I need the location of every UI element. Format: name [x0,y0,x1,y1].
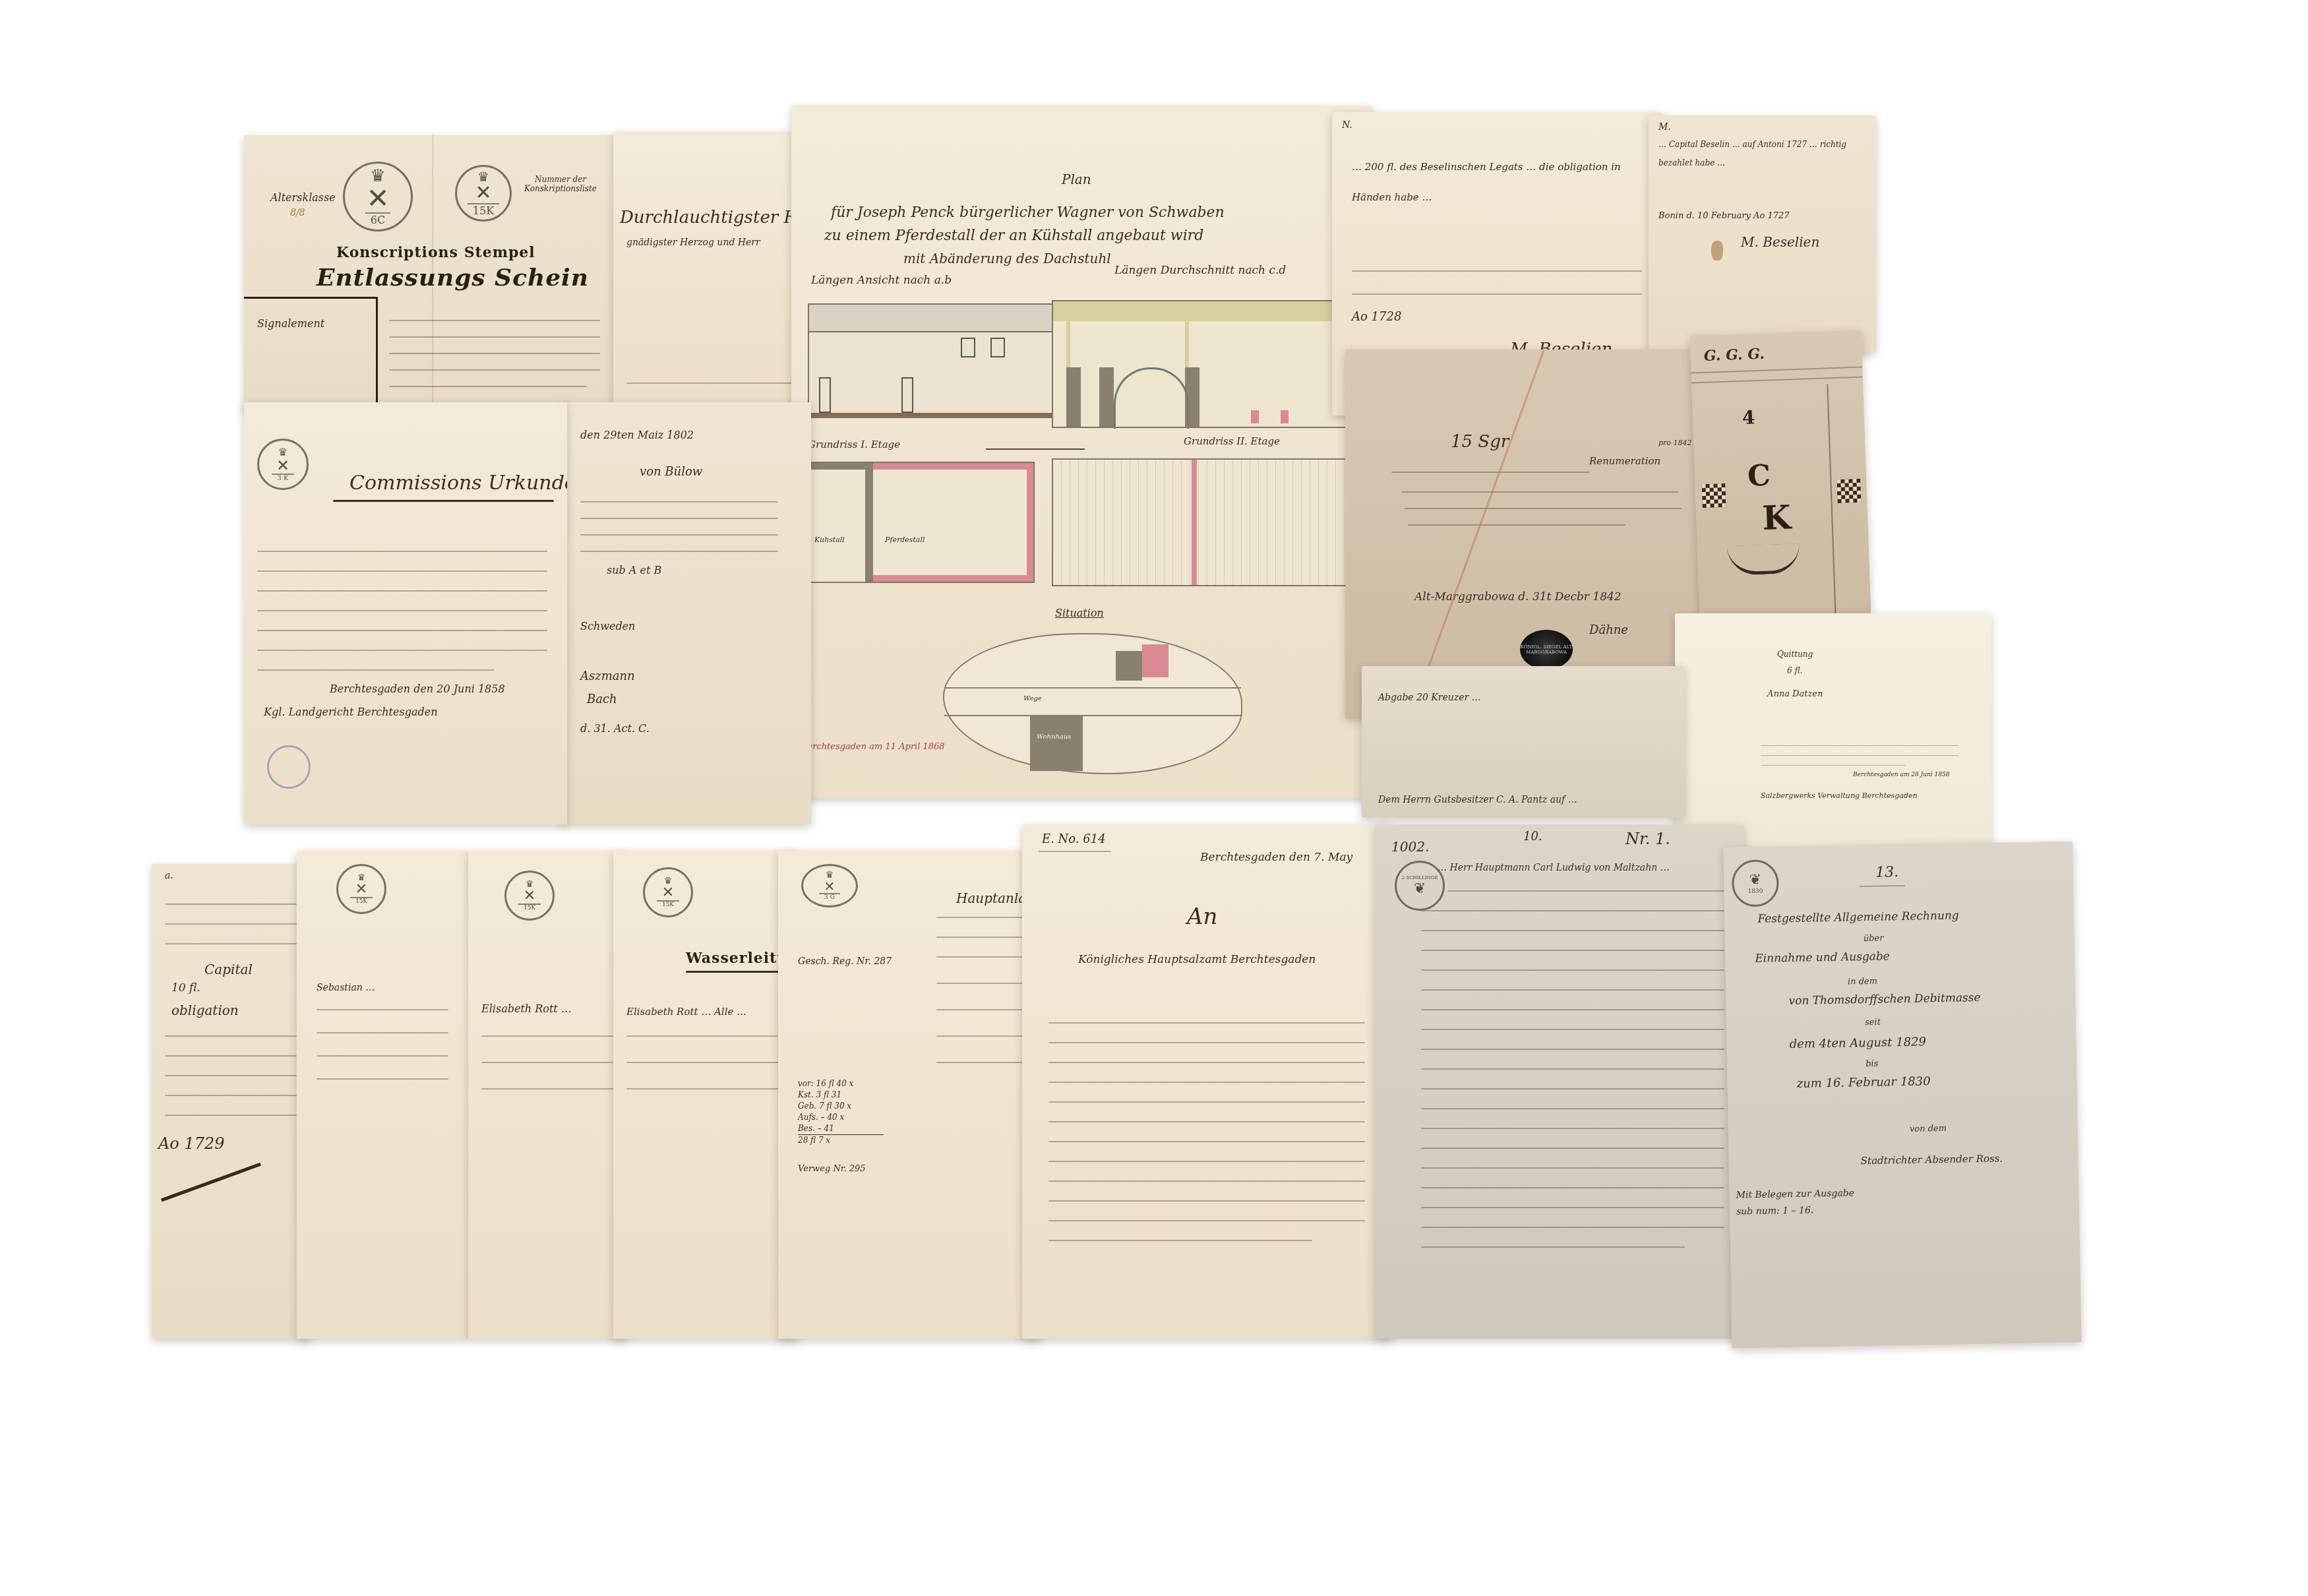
envelope-addressee: Dem Herrn Gutsbesitzer C. A. Pantz auf … [1378,795,1577,805]
elevation-drawing [808,303,1054,418]
footer-1: Mit Belegen zur Ausgabe [1736,1188,1854,1200]
monogram-k: K [1761,497,1792,537]
register-reference: Gesch. Reg. Nr. 287 [798,956,892,967]
reference: E. No. 614 [1042,832,1106,846]
plan-line-1: für Joseph Penck bürgerlicher Wagner von… [831,204,1225,221]
sheet-text: Elisabeth Rott … [481,1002,572,1015]
calc-line: 28 fl 7 x [798,1135,884,1146]
cover-header: G. G. G. [1703,346,1765,365]
plan-note-date: Berchtesgaden am 11 April 1868 [801,742,945,752]
obligation-1729: a. Capital 10 fl. obligation Ao 1729 [152,864,310,1339]
plan-label-situation: Situation [1055,607,1104,619]
royal-stamp-icon: ♛✕ 15K [455,165,512,222]
calc-line: vor: 16 fl 40 x [798,1078,884,1090]
sheet-text: Sebastian … [317,983,375,993]
line-11: Stadtrichter Absender Ross. [1861,1152,2003,1167]
anchor-icon [1727,543,1801,576]
plan-line-3: mit Abänderung des Dachstuhl [903,251,1111,266]
name-bach: Bach [587,692,617,706]
receipt-year: Ao 1728 [1352,310,1401,324]
amount: 15 Sgr [1451,432,1509,452]
signature: Dähne [1589,623,1628,637]
stamped-sheet-1: ♛✕ 15K Sebastian … [297,851,468,1339]
line-6: seit [1865,1018,1881,1028]
calc-line: Geb. 7 fl 30 x [798,1101,884,1112]
main-house-label: Wohnhaus [1037,733,1071,741]
line-4: in dem [1848,977,1877,987]
calc-line: Aufs. – 40 x [798,1112,884,1123]
year-note: pro 1842 [1658,439,1691,447]
section-drawing [1052,300,1364,428]
herzog-subheading: gnädigster Herzog und Herr [626,237,760,248]
salutation: An [1187,904,1217,930]
closing: Kgl. Landgericht Berchtesgaden [264,706,438,718]
konskription-number-label: Nummer der Konskriptionsliste [521,175,600,193]
stamp-text: 2 SCHILLINGE [1402,875,1438,880]
quittung-amount: 6 fl. [1787,666,1802,675]
koenigliches-hauptsalzamt-letter: E. No. 614 Berchtesgaden den 7. May An K… [1022,824,1391,1339]
title-konscriptions-stempel: Konscriptions Stempel [336,244,535,261]
stamp-value: 3 K [272,474,293,482]
red-pencil-stroke [1408,350,1545,719]
doc-number: 13. [1875,864,1898,881]
quittung-name: Anna Datzen [1767,689,1823,699]
place-date: Berchtesgaden den 7. May [1200,851,1352,864]
name-schweden: Schweden [580,620,635,632]
royal-stamp-icon: ♛✕ 15K [336,864,386,914]
envelope: Abgabe 20 Kreuzer … Dem Herrn Gutsbesitz… [1362,666,1685,818]
date: den 29ten Maiz 1802 [580,429,694,441]
date: Berchtesgaden den 20 Juni 1858 [330,683,505,695]
renumeration-word: Renumeration [1589,455,1660,467]
receipt-text: … Capital Beselin … auf Antoni 1727 … ri… [1658,135,1869,172]
receipt-date: Bonin d. 10 February Ao 1727 [1658,211,1789,221]
reference-2: Verweg Nr. 295 [798,1164,866,1174]
plan-label-section: Längen Durchschnitt nach c.d [1114,264,1286,277]
royal-stamp-icon: ♛✕ 15K [643,867,693,917]
year: Ao 1729 [158,1134,225,1153]
line-9: zum 16. Februar 1830 [1797,1074,1931,1091]
doc-marker: M. [1658,122,1671,133]
stamp-value: 6C [365,212,390,226]
reference-2: d. 31. Act. C. [580,722,650,735]
altersklasse-label: Altersklasse [270,191,336,204]
plan-label-floor1: Grundriss I. Etage [808,439,900,450]
title: Commissions Urkunde [349,472,567,495]
line-2: über [1864,933,1884,944]
signalement-label: Signalement [257,317,324,330]
name: von Bülow [640,465,702,479]
no1-document-1830: 1002. 10. Nr. 1. 2 SCHILLINGE ❦ … Herr H… [1375,824,1744,1339]
doc-marker: N. [1342,120,1352,131]
blue-stamp-icon [267,745,311,789]
stamp-year: 1830 [1748,888,1763,895]
schilling-stamp-icon: ❦ 1830 [1732,859,1779,907]
wax-seal-icon: KÖNIGL. SIEGEL ALT MARGGRABOWA [1520,630,1573,669]
name-aszmann: Aszmann [580,669,635,683]
altersklasse-value: 8/8 [290,208,305,218]
signalement-box: Signalement [244,297,378,412]
entlassungsschein-document: Altersklasse 8/8 ♛✕ 6C ♛✕ 15K Nummer der… [244,135,620,412]
calc-line: Kst. 3 fl 31 [798,1090,884,1101]
room-label-kuhstall: Kuhstall [814,536,845,544]
calculation-column: vor: 16 fl 40 x Kst. 3 fl 31 Geb. 7 fl 3… [798,1078,884,1146]
building-plan-document: Plan für Joseph Penck bürgerlicher Wagne… [791,106,1372,798]
doc-marker: a. [165,871,173,881]
stamp-value: 15K [468,203,499,217]
quittung-date: Berchtesgaden am 28 Juni 1858 [1853,772,1949,778]
plan-line-2: zu einem Pferdestall der an Kühstall ang… [824,228,1203,244]
site-plan: Wege Wohnhaus [943,633,1242,774]
page-number: 10. [1523,830,1542,844]
line-5: von Thomsdorffschen Debitmasse [1788,991,1980,1008]
nr-label: Nr. 1. [1625,830,1670,848]
quittung-title: Quittung [1777,650,1813,659]
footer-2: sub num: 1 – 16. [1736,1205,1813,1217]
envelope-note: Abgabe 20 Kreuzer … [1378,692,1481,703]
excerpt: … Herr Hauptmann Carl Ludwig von Maltzah… [1438,863,1670,873]
royal-stamp-icon: ♛✕ 3 G [801,864,858,907]
commissions-urkunde-1858: ♛✕ 3 K Commissions Urkunde Berchtesgaden… [244,402,567,824]
line-8: bis [1866,1059,1878,1069]
plan-label-floor2: Grundriss II. Etage [1184,435,1280,447]
title-entlassungs-schein: Entlassungs Schein [317,264,589,292]
doc-number: 1002. [1391,839,1429,855]
quittung-footer: Salzbergwerks Verwaltung Berchtesgaden [1761,791,1917,800]
line-7: dem 4ten August 1829 [1789,1035,1926,1051]
rechnung-1829-1830: ❦ 1830 13. Festgestellte Allgemeine Rech… [1723,841,2081,1348]
receipt-text: … 200 fl. des Beselinschen Legats … die … [1352,152,1649,212]
keyword-obligation: obligation [171,1002,239,1018]
checker-ornament [1701,483,1726,508]
plan-label-elevation: Längen Ansicht nach a.b [811,274,952,287]
room-label-pferdestall: Pferdestall [885,536,925,544]
renumeration-receipt-1842: 15 Sgr pro 1842 Renumeration Alt-Marggra… [1345,350,1715,719]
stamp-value: 3 G [819,893,840,901]
date: Alt-Marggrabowa d. 31t Decbr 1842 [1414,590,1622,603]
ornamental-cover: G. G. G. 4 C K [1690,330,1871,620]
royal-stamp-icon: ♛✕ 3 K [257,439,309,490]
receipt-signature: M. Beselien [1741,234,1819,250]
stamp-value: 15K [350,897,373,905]
keyword-capital: Capital [204,962,253,977]
line-10: von dem [1910,1124,1947,1134]
monogram-c: C [1747,459,1772,493]
stamp-value: 15K [518,904,541,911]
addressee: Königliches Hauptsalzamt Berchtesgaden [1078,953,1316,966]
bulow-letter-1802: den 29ten Maiz 1802 von Bülow sub A et B… [561,402,811,824]
stain [1711,241,1723,261]
stamped-sheet-3: ♛✕ 15K Wasserleitung Elisabeth Rott … Al… [613,851,798,1339]
beselin-receipt-1727: M. … Capital Beselin … auf Antoni 1727 …… [1649,115,1876,353]
street-label: Wege [1023,695,1042,702]
amount: 10 fl. [171,981,200,995]
plan-title: Plan [1062,171,1091,187]
sheet-text: Elisabeth Rott … Alle … [626,1006,746,1018]
calc-line: Bes. – 41 [798,1123,884,1135]
stamp-value: 15K [657,900,679,908]
royal-stamp-icon: ♛✕ 6C [343,162,413,231]
monogram-4: 4 [1742,406,1756,429]
seal-mark-icon [161,1163,261,1202]
line-1: Festgestellte Allgemeine Rechnung [1757,909,1959,925]
hauptanlage-document: ♛✕ 3 G Gesch. Reg. Nr. 287 Hauptanlage v… [778,851,1042,1339]
stamped-sheet-2: ♛✕ 15K Elisabeth Rott … [468,851,626,1339]
scale-bar [986,448,1085,450]
royal-stamp-icon: ♛✕ 15K [504,871,555,921]
line-3: Einnahme und Ausgabe [1755,950,1890,966]
floor-plan-1: Kuhstall Pferdestall [808,462,1035,583]
floor-plan-2 [1052,458,1364,586]
reference: sub A et B [607,564,661,576]
